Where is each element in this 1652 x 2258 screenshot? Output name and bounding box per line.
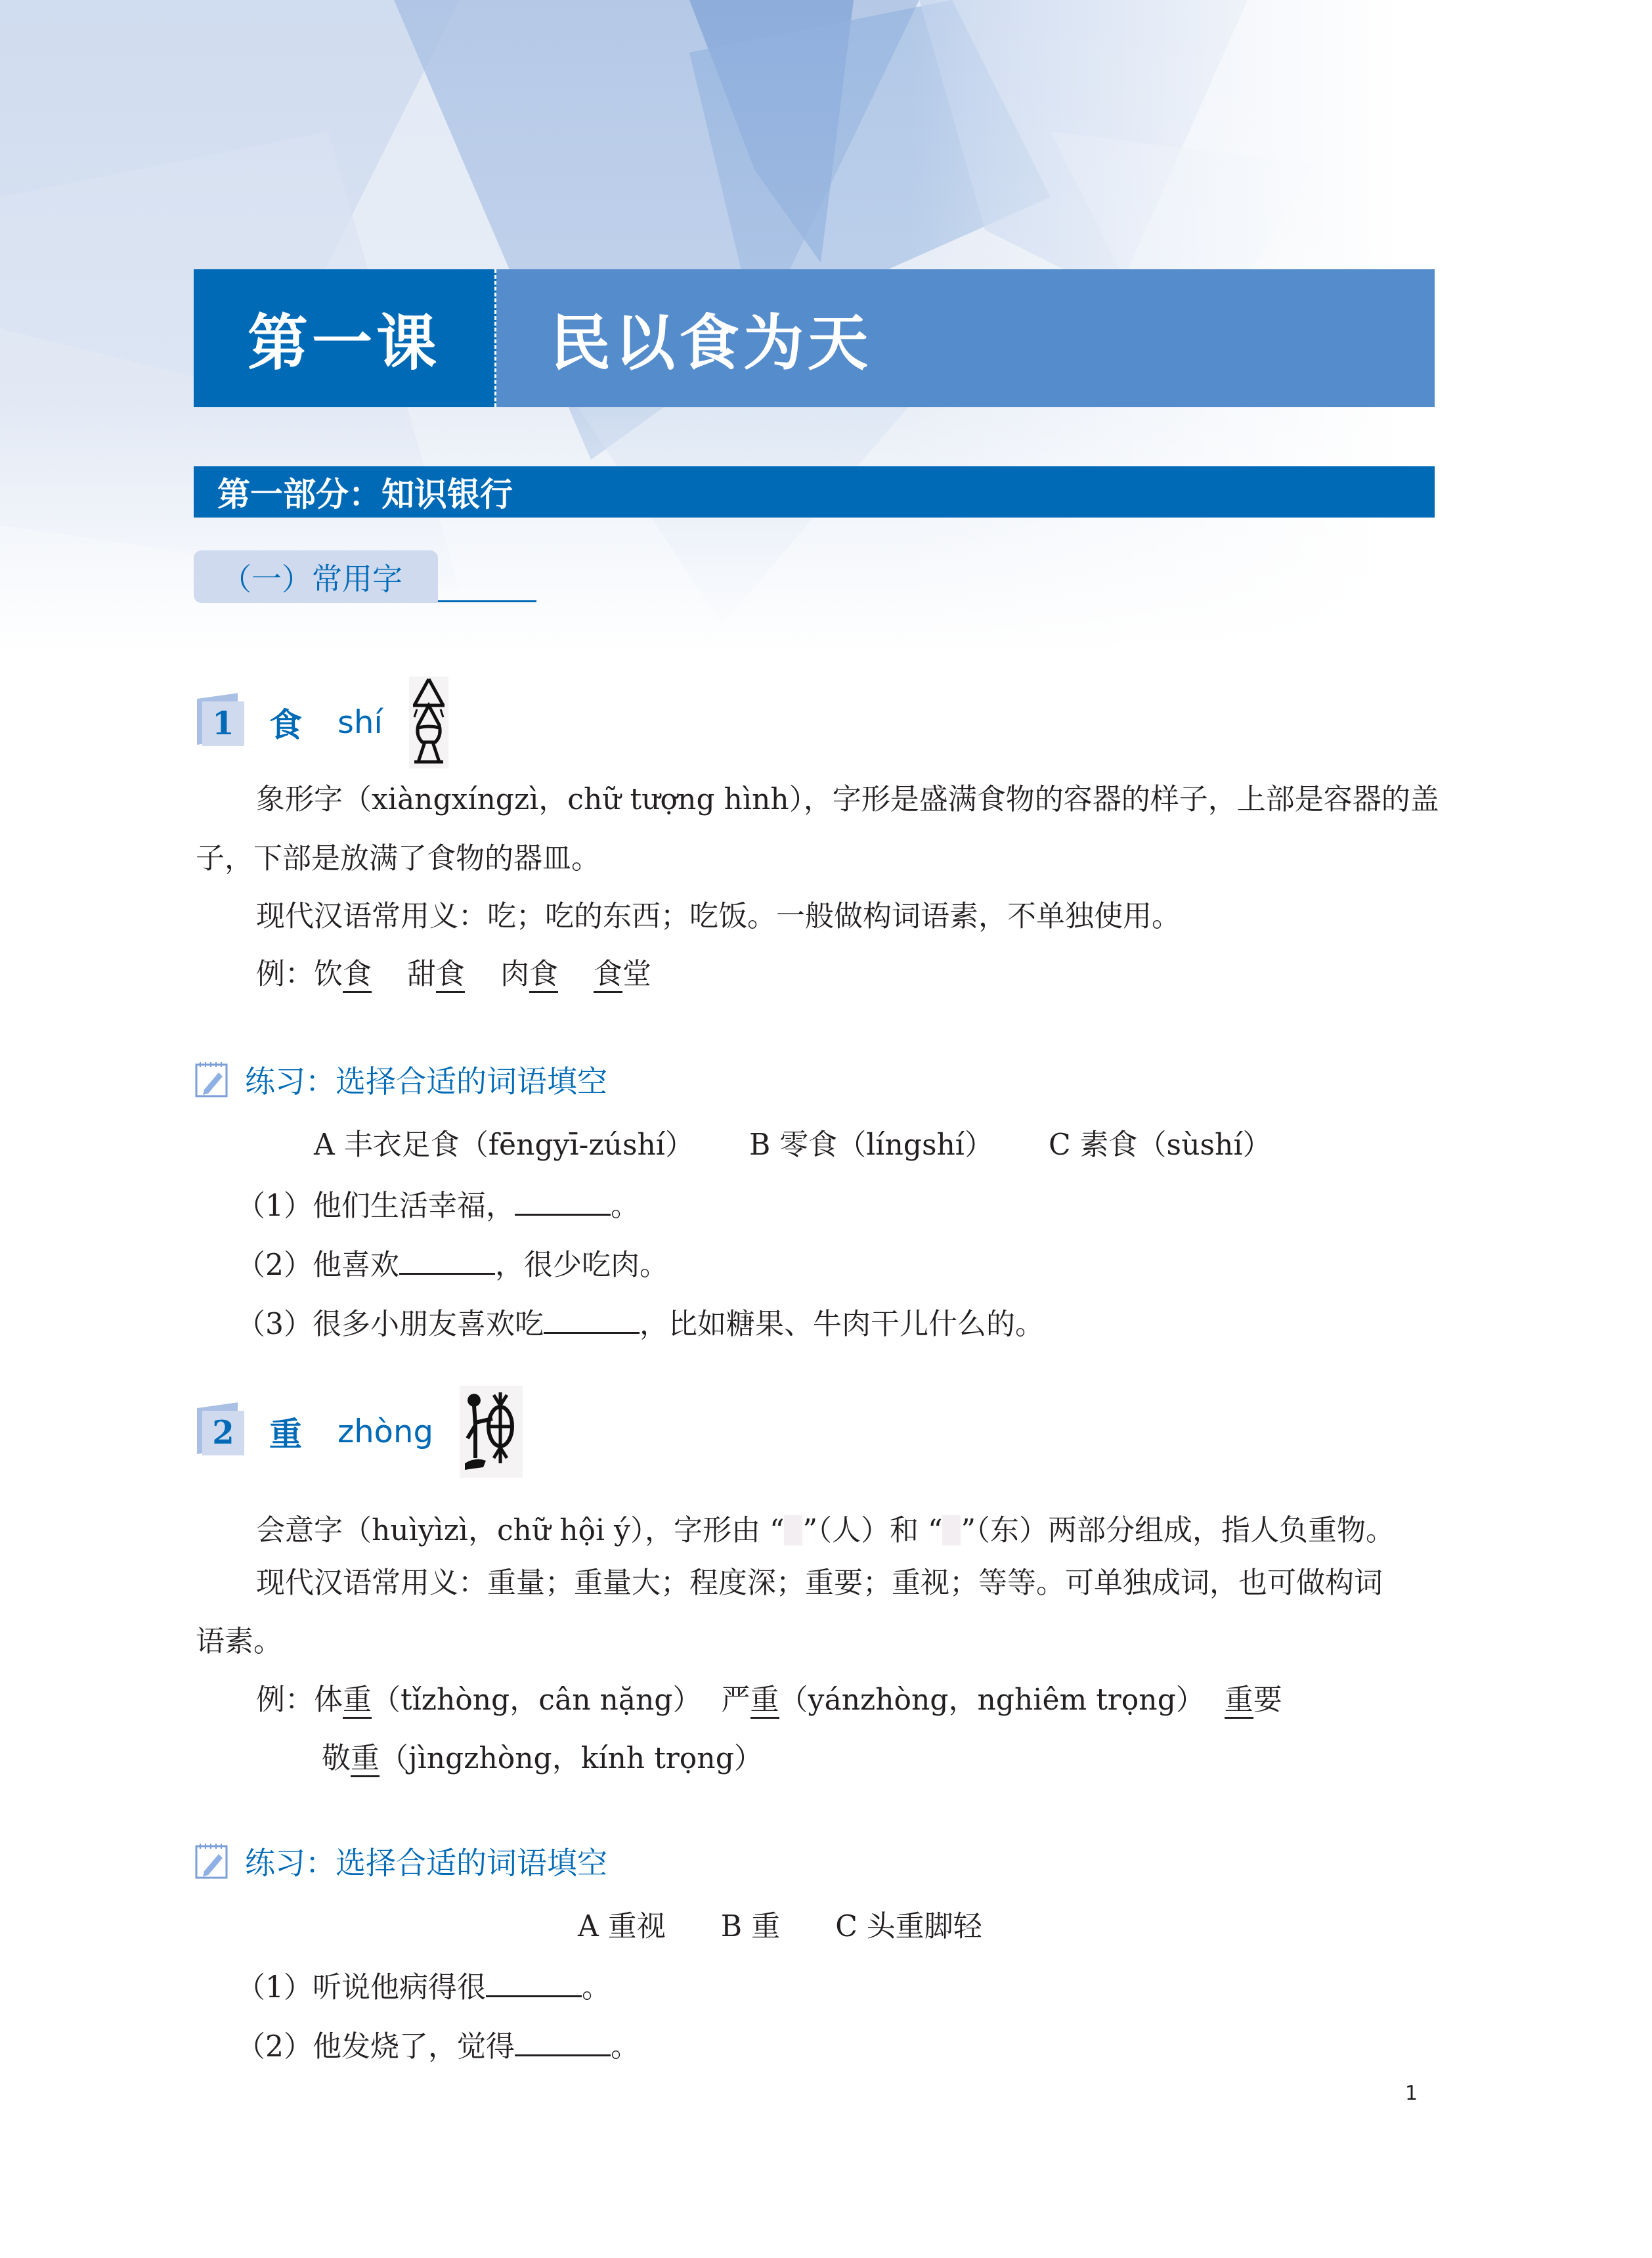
character-entry-1-heading: 1 食 shí: [197, 676, 448, 768]
example-word: 体重（tǐzhòng，cân nặng）: [314, 1683, 702, 1719]
part-heading: 第一部分：知识银行: [194, 466, 1435, 518]
option-b: B 零食（língshí）: [749, 1128, 993, 1162]
lesson-header: 第一课 民以食为天: [194, 269, 1435, 407]
exercise-title: 练习：选择合适的词语填空: [245, 1839, 607, 1882]
exercise-1-item-3: （3）很多小朋友喜欢吃，比如糖果、牛肉干儿什么的。: [236, 1306, 1044, 1342]
oracle-bone-ren-icon: [784, 1515, 802, 1545]
lesson-title: 民以食为天: [496, 269, 1435, 407]
character-1-description-line-1: 象形字（xiàngxíngzì，chữ tượng hình），字形是盛满食物的…: [256, 783, 1439, 818]
subsection-heading: （一）常用字: [194, 550, 438, 603]
option-a: A 丰衣足食（fēngyī-zúshí）: [314, 1128, 694, 1162]
character-entry-2-heading: 2 重 zhòng: [197, 1386, 523, 1478]
character-2-examples-line-2: 敬重（jìngzhòng，kính trọng）: [322, 1742, 763, 1777]
exercise-2-heading: 练习：选择合适的词语填空: [195, 1839, 607, 1882]
subsection-underline: [438, 600, 536, 602]
option-c: C 素食（sùshí）: [1049, 1128, 1272, 1162]
answer-blank[interactable]: [399, 1247, 495, 1275]
examples-label: 例：: [256, 958, 314, 991]
example-word: 严重（yánzhòng，nghiêm trọng）: [722, 1683, 1205, 1717]
character-1-description-line-2: 子，下部是放满了食物的器皿。: [196, 842, 600, 877]
example-word: 重要: [1225, 1683, 1282, 1717]
character-2-meaning-line-1: 现代汉语常用义：重量；重量大；程度深；重要；重视；等等。可单独成词，也可做构词: [256, 1566, 1383, 1601]
character-hanzi: 食: [269, 699, 302, 746]
answer-blank[interactable]: [515, 1187, 611, 1216]
answer-blank[interactable]: [544, 1306, 640, 1334]
oracle-bone-shi-icon: [409, 676, 448, 768]
page-number: 1: [1405, 2082, 1418, 2105]
option-a: A 重视: [578, 1910, 666, 1943]
notebook-pencil-icon: [195, 1061, 229, 1097]
example-word: 甜食: [407, 958, 465, 991]
exercise-2-item-2: （2）他发烧了，觉得。: [236, 2028, 640, 2065]
exercise-1-item-1: （1）他们生活幸福，。: [236, 1187, 640, 1224]
number-badge: 1: [197, 699, 243, 746]
character-1-meaning: 现代汉语常用义：吃；吃的东西；吃饭。一般做构词语素，不单独使用。: [256, 900, 1181, 935]
character-2-description: 会意字（huìyìzì，chữ hội ý），字形由 “”（人）和 “”（东）两…: [256, 1514, 1395, 1549]
example-word: 饮食: [314, 958, 372, 993]
option-b: B 重: [721, 1910, 780, 1943]
character-hanzi: 重: [269, 1408, 302, 1455]
number-badge: 2: [197, 1408, 243, 1455]
option-c: C 头重脚轻: [835, 1910, 982, 1943]
character-pinyin: shí: [337, 704, 383, 741]
answer-blank[interactable]: [515, 2028, 611, 2056]
exercise-1-item-2: （2）他喜欢，很少吃肉。: [236, 1247, 668, 1283]
oracle-bone-dong-icon: [942, 1515, 961, 1545]
exercise-title: 练习：选择合适的词语填空: [245, 1057, 607, 1101]
example-word: 食堂: [594, 958, 651, 991]
exercise-1-heading: 练习：选择合适的词语填空: [195, 1057, 607, 1101]
character-2-examples-line-1: 例：体重（tǐzhòng，cân nặng） 严重（yánzhòng，nghiê…: [256, 1683, 1282, 1718]
example-word: 肉食: [500, 958, 558, 991]
oracle-bone-zhong-icon: [460, 1386, 523, 1478]
character-2-meaning-line-2: 语素。: [196, 1625, 282, 1660]
character-1-examples: 例：饮食 甜食 肉食 食堂: [256, 958, 651, 992]
character-pinyin: zhòng: [337, 1413, 433, 1450]
exercise-2-item-1: （1）听说他病得很。: [236, 1969, 611, 2006]
notebook-pencil-icon: [195, 1842, 229, 1879]
answer-blank[interactable]: [486, 1969, 582, 1997]
example-word: 敬重（jìngzhòng，kính trọng）: [322, 1742, 763, 1777]
exercise-1-options: A 丰衣足食（fēngyī-zúshí） B 零食（língshí） C 素食（…: [314, 1128, 1272, 1163]
lesson-number: 第一课: [194, 269, 496, 407]
exercise-2-options: A 重视 B 重 C 头重脚轻: [578, 1910, 982, 1945]
